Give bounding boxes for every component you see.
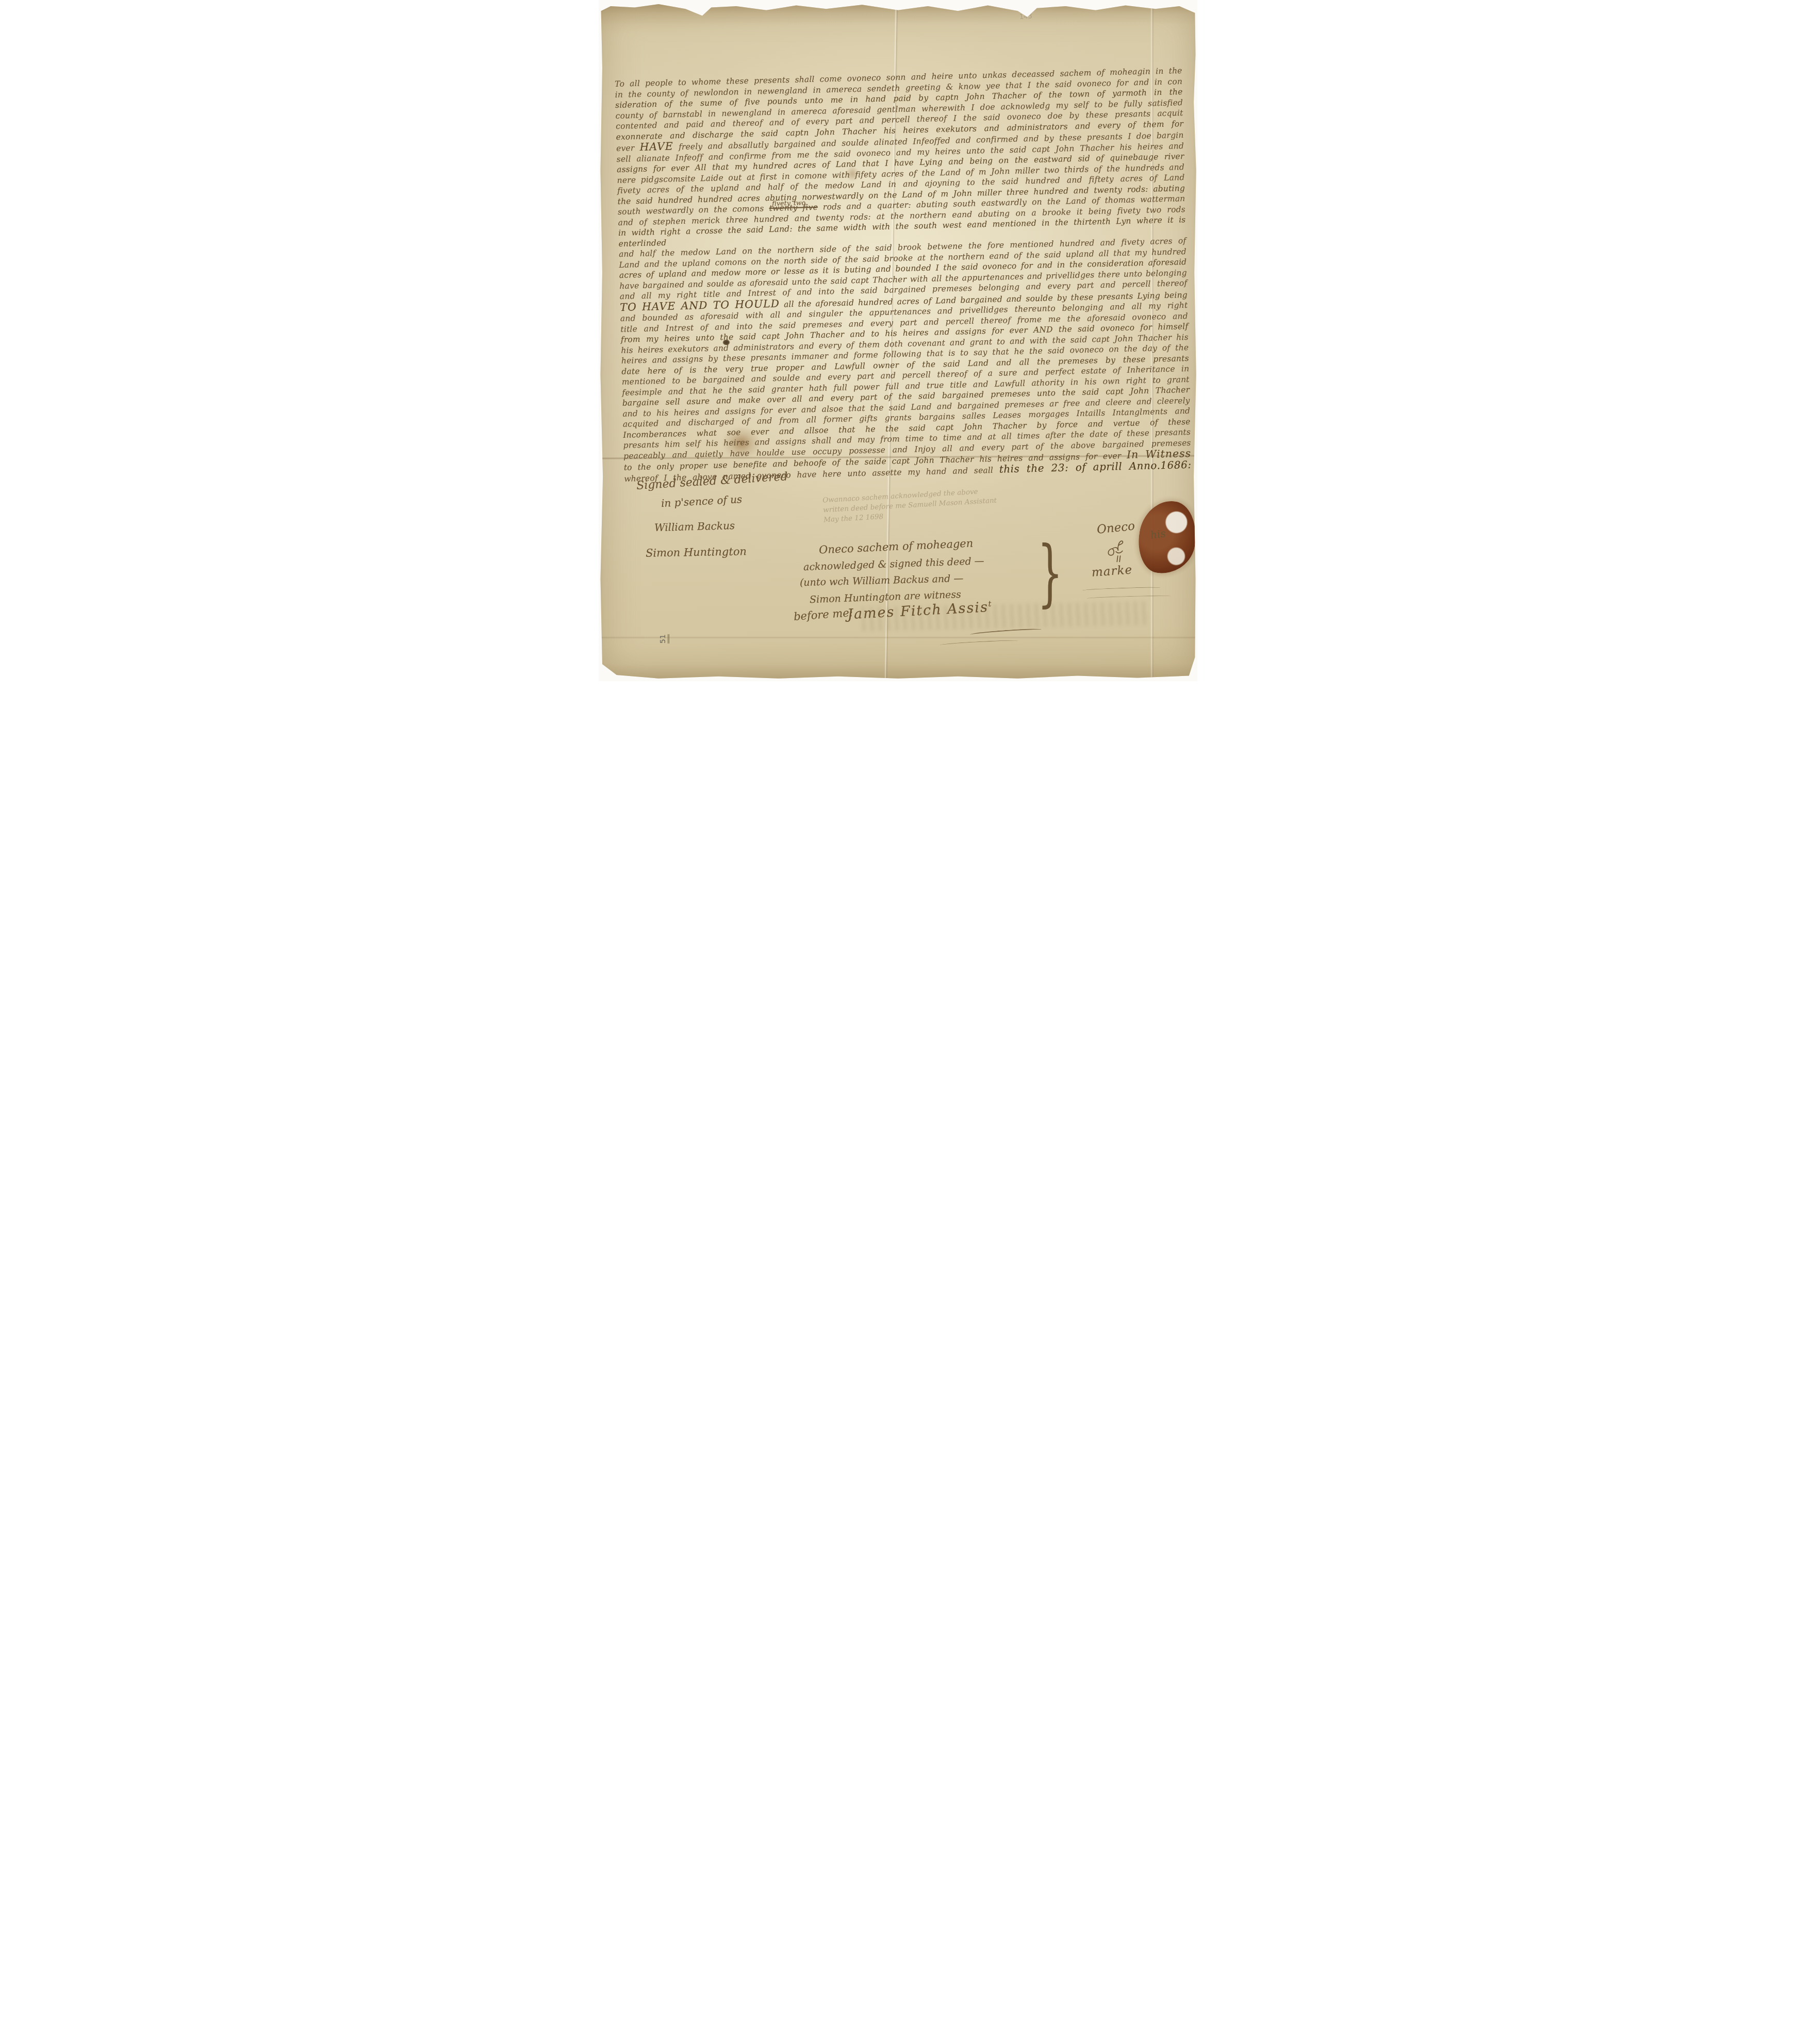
deed-interlined-text: fivety two bbox=[772, 198, 806, 209]
deed-body-text: To all people to whome these presents sh… bbox=[615, 65, 1192, 484]
mark-label-his: his bbox=[1150, 527, 1167, 541]
mark-label-marke: marke bbox=[1091, 563, 1133, 579]
flourish-line bbox=[1087, 595, 1171, 600]
flourish-line bbox=[940, 639, 1018, 647]
deed-text-segment: ever bbox=[616, 143, 640, 153]
faint-acknowledgment-note: Owannaco sachem acknowledged the above w… bbox=[822, 486, 998, 525]
lower-fold-crease bbox=[599, 636, 1197, 639]
parchment-sheet: To all people to whome these presents sh… bbox=[599, 0, 1197, 681]
witness-signature-william-backus: William Backus bbox=[654, 519, 735, 534]
acknowledgment-line: acknowledged & signed this deed — bbox=[803, 555, 984, 573]
witness-signature-simon-huntington: Simon Huntington bbox=[645, 546, 746, 559]
acknowledgment-line: (unto wch William Backus and — bbox=[800, 573, 964, 588]
deed-scan-page: To all people to whome these presents sh… bbox=[599, 0, 1197, 681]
oneco-name: Oneco bbox=[1096, 519, 1135, 537]
flourish-line bbox=[1082, 586, 1160, 591]
deed-correction: twenty fivefivety two bbox=[769, 203, 818, 213]
before-me-label: before me: bbox=[794, 606, 853, 623]
acknowledgment-line: Oneco sachem of moheagen bbox=[819, 537, 974, 556]
archival-number-annotation: 143 bbox=[1019, 12, 1033, 21]
witness-attestation-line: in p'sence of us bbox=[661, 493, 742, 509]
flourish-line bbox=[970, 628, 1042, 637]
curly-bracket: } bbox=[1037, 537, 1063, 609]
deed-emphasis-have: HAVE bbox=[640, 140, 674, 154]
page-number-annotation: 51 bbox=[659, 634, 669, 644]
signature-superscript: t bbox=[988, 599, 993, 608]
